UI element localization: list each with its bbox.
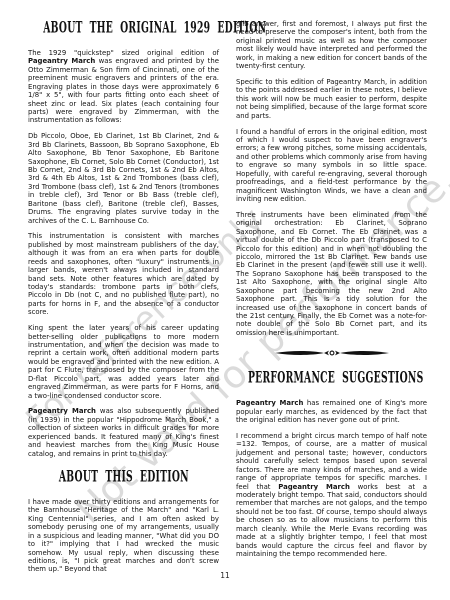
left-column: ABOUT THE ORIGINAL 1929 EDITIONThe 1929 … bbox=[28, 20, 219, 581]
body-text: Specific to this edition of Pageantry Ma… bbox=[236, 78, 427, 120]
body-text: The 1929 "quickstep" sized original edit… bbox=[28, 49, 219, 57]
body-text: Three instruments have been eliminated f… bbox=[236, 211, 427, 337]
body-text: Db Piccolo, Oboe, Eb Clarinet, 1st Bb Cl… bbox=[28, 132, 219, 224]
body-text: This instrumentation is consistent with … bbox=[28, 232, 219, 316]
body-text: was also subsequently published (in 1939… bbox=[28, 407, 219, 457]
paragraph: I recommend a bright circus march tempo … bbox=[236, 432, 427, 558]
body-text: I found a handful of errors in the origi… bbox=[236, 128, 427, 203]
paragraph: This instrumentation is consistent with … bbox=[28, 232, 219, 316]
section-heading: PERFORMANCE SUGGESTIONS bbox=[248, 369, 424, 388]
bold-text: Pageantry March bbox=[236, 399, 303, 407]
bold-text: Pageantry March bbox=[28, 57, 95, 65]
section-heading: ABOUT THIS EDITION bbox=[58, 468, 188, 487]
document-page: For reference only Not valid for perform… bbox=[0, 0, 450, 600]
paragraph: I have made over thirty editions and arr… bbox=[28, 498, 219, 574]
bold-text: Pageantry March bbox=[28, 407, 96, 415]
body-text: glib answer, first and foremost, I alway… bbox=[236, 20, 427, 70]
paragraph: I found a handful of errors in the origi… bbox=[236, 128, 427, 204]
body-text: I have made over thirty editions and arr… bbox=[28, 498, 219, 573]
paragraph: Specific to this edition of Pageantry Ma… bbox=[236, 78, 427, 120]
paragraph: King spent the later years of his career… bbox=[28, 324, 219, 400]
section-heading-wrap: PERFORMANCE SUGGESTIONS bbox=[236, 372, 427, 388]
section-heading-wrap: ABOUT THE ORIGINAL 1929 EDITION bbox=[28, 22, 219, 38]
section-heading-wrap: ABOUT THIS EDITION bbox=[28, 471, 219, 487]
ornament-divider bbox=[236, 347, 427, 359]
body-text: works best at a moderately bright tempo.… bbox=[236, 483, 427, 558]
body-text: was engraved and printed by the Otto Zim… bbox=[28, 57, 219, 124]
paragraph: Pageantry March was also subsequently pu… bbox=[28, 407, 219, 458]
paragraph: glib answer, first and foremost, I alway… bbox=[236, 20, 427, 71]
ornament-divider-icon bbox=[273, 347, 391, 359]
body-text: King spent the later years of his career… bbox=[28, 324, 219, 399]
paragraph: Pageantry March has remained one of King… bbox=[236, 399, 427, 424]
right-column: glib answer, first and foremost, I alway… bbox=[236, 20, 427, 566]
paragraph: Three instruments have been eliminated f… bbox=[236, 211, 427, 337]
paragraph: The 1929 "quickstep" sized original edit… bbox=[28, 49, 219, 125]
paragraph: Db Piccolo, Oboe, Eb Clarinet, 1st Bb Cl… bbox=[28, 132, 219, 225]
page-number: 11 bbox=[0, 571, 450, 580]
section-heading: ABOUT THE ORIGINAL 1929 EDITION bbox=[43, 19, 266, 38]
bold-text: Pageantry March bbox=[278, 483, 350, 491]
